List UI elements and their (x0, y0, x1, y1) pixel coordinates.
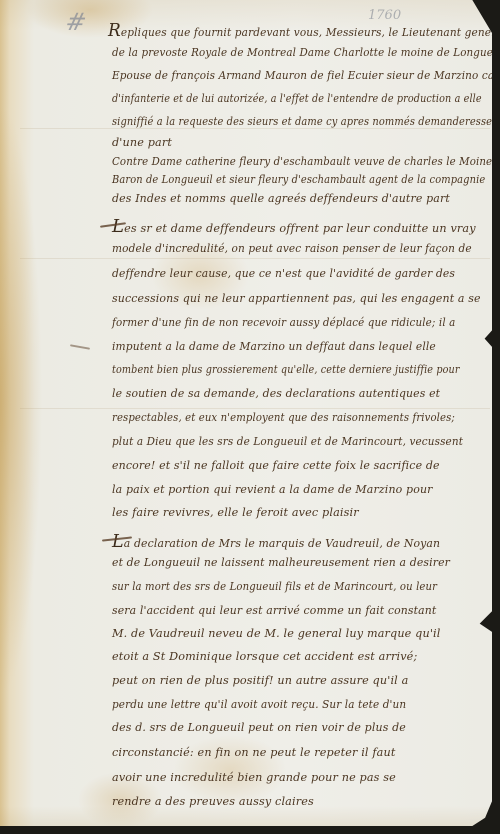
fold-crease (20, 128, 490, 129)
scanned-manuscript-page: # 1760 Repliques que fournit pardevant v… (0, 0, 500, 834)
text-line: imputent a la dame de Marzino un deffaut… (112, 340, 436, 353)
text-line: encore! et s'il ne falloit que faire cet… (112, 459, 440, 472)
margin-flourish (70, 344, 90, 349)
text-line: d'une part (112, 136, 172, 149)
text-line: M. de Vaudreuil neveu de M. le general l… (112, 627, 441, 640)
text-line: Repliques que fournit pardevant vous, Me… (108, 20, 500, 41)
text-line: plut a Dieu que les srs de Longueuil et … (112, 435, 463, 448)
text-line: peut on rien de plus positif! un autre a… (112, 674, 408, 687)
fold-crease (20, 408, 490, 409)
text-line: signiffié a la requeste des sieurs et da… (112, 115, 492, 128)
text-line: Epouse de françois Armand Mauron de fiel… (112, 69, 500, 82)
text-line: circonstancié: en fin on ne peut le repe… (112, 746, 395, 759)
text-line: Contre Dame catherine fleury d'eschambau… (112, 155, 492, 168)
text-line: rendre a des preuves aussy claires (112, 795, 314, 808)
text-line: de la prevoste Royale de Montreal Dame C… (112, 46, 500, 59)
text-line: sur la mort des srs de Longueuil fils et… (112, 580, 437, 593)
paper-sheet: # 1760 Repliques que fournit pardevant v… (0, 0, 492, 826)
text-line: modele d'incredulité, on peut avec raiso… (112, 242, 472, 255)
fold-crease (20, 258, 490, 259)
text-line: le soutien de sa demande, des declaratio… (112, 387, 440, 400)
text-line: etoit a St Dominique lorsque cet acciden… (112, 650, 417, 663)
text-line: des d. srs de Longueuil peut on rien voi… (112, 721, 406, 734)
text-line: deffendre leur cause, que ce n'est que l… (112, 267, 455, 280)
text-line: perdu une lettre qu'il avoit avoit reçu.… (112, 698, 406, 711)
text-line: respectables, et eux n'employent que des… (112, 411, 455, 424)
text-line: tombent bien plus grossierement qu'elle,… (112, 363, 460, 376)
pencil-folio-mark: # (63, 8, 85, 36)
text-line: former d'une fin de non recevoir aussy d… (112, 316, 455, 329)
text-line: les faire revivres, elle le feroit avec … (112, 506, 359, 519)
text-line: Baron de Longueuil et sieur fleury d'esc… (112, 173, 485, 186)
text-line: et de Longueuil ne laissent malheureusem… (112, 556, 450, 569)
text-line: La declaration de Mrs le marquis de Vaud… (112, 531, 440, 552)
text-line: la paix et portion qui revient a la dame… (112, 483, 433, 496)
text-line: successions qui ne leur appartiennent pa… (112, 292, 481, 305)
text-line: sera l'accident qui leur est arrivé comm… (112, 604, 436, 617)
text-line: avoir une incredulité bien grande pour n… (112, 771, 396, 784)
text-line: d'infanterie et de lui autorizée, a l'ef… (112, 92, 482, 105)
text-line: Les sr et dame deffendeurs offrent par l… (112, 216, 476, 237)
text-line: des Indes et nomms quelle agreés deffend… (112, 192, 450, 205)
